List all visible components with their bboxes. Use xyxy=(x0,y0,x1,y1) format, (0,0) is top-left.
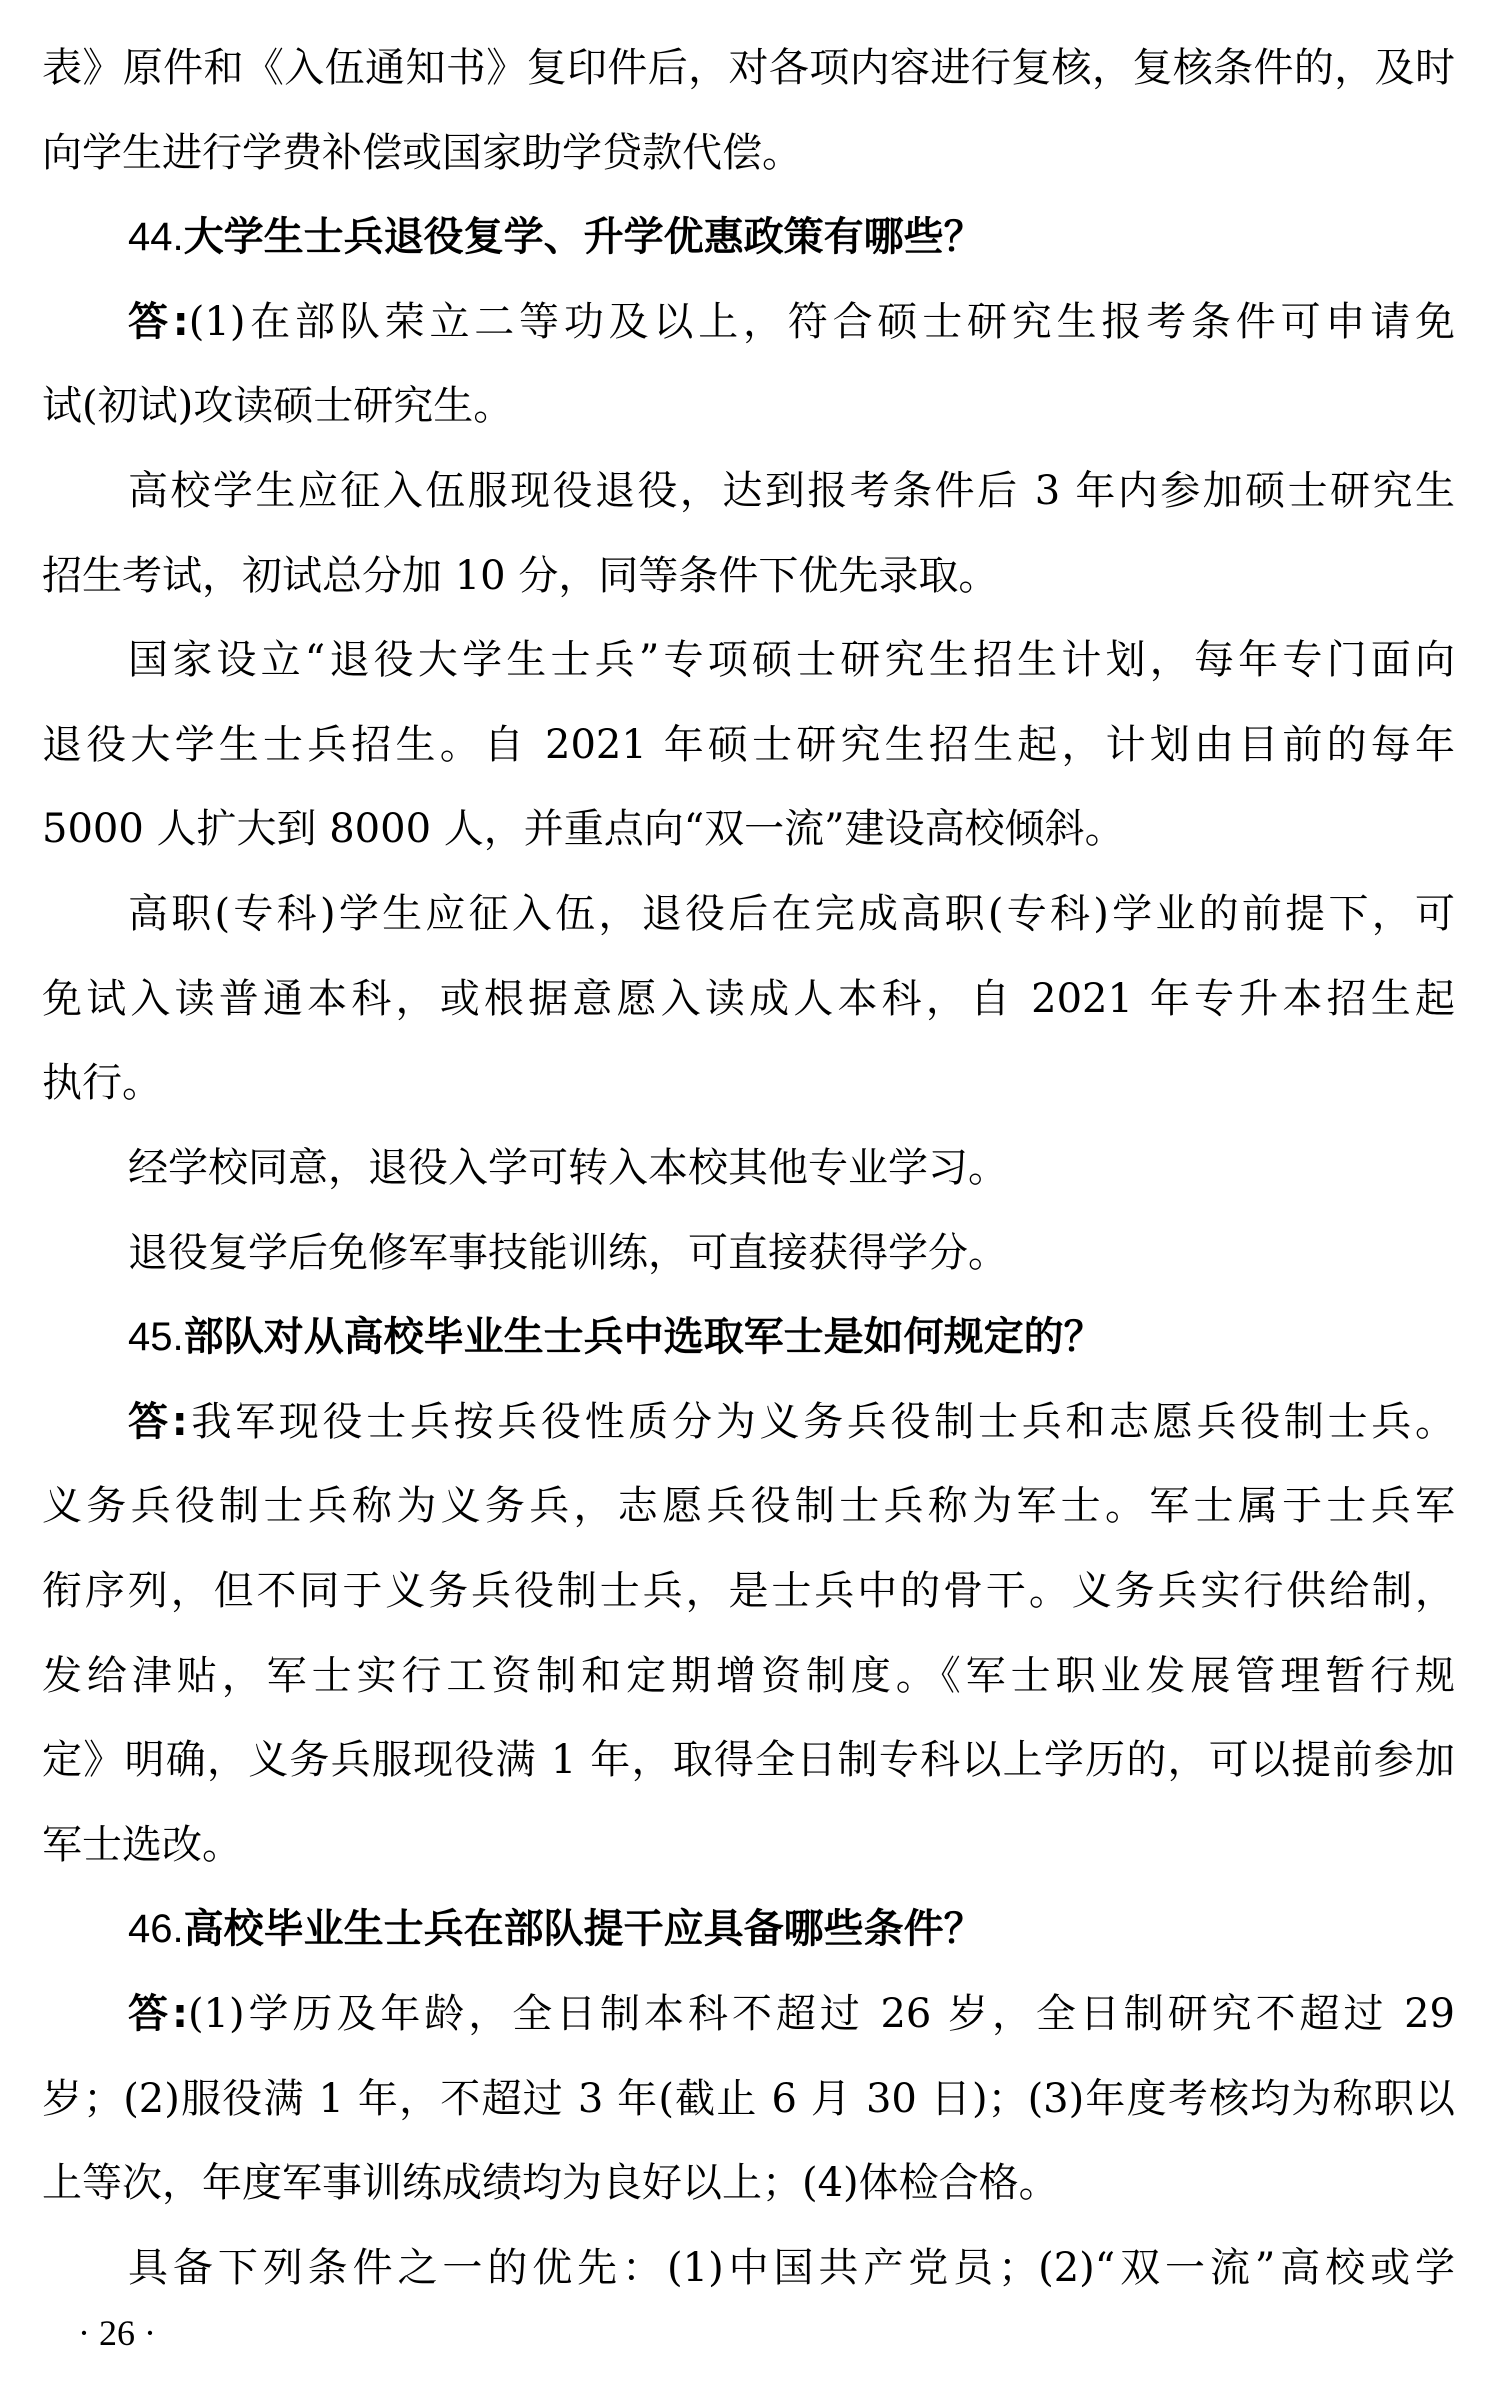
question-number: 44. xyxy=(128,215,184,259)
answer-label: 答: xyxy=(128,1991,188,2037)
paragraph-line: 退役大学生士兵招生。自 2021 年硕士研究生招生起，计划由目前的每年 xyxy=(42,720,1455,770)
answer-label: 答: xyxy=(128,299,189,345)
answer-label: 答: xyxy=(128,1399,188,1445)
paragraph-line: 退役复学后免修军事技能训练，可直接获得学分。 xyxy=(128,1228,1008,1278)
paragraph-line: 经学校同意，退役入学可转入本校其他专业学习。 xyxy=(128,1143,1008,1193)
question-title: 部队对从高校毕业生士兵中选取军士是如何规定的？ xyxy=(184,1314,1104,1360)
question-number: 45. xyxy=(128,1315,184,1359)
paragraph-line: 岁；(2)服役满 1 年，不超过 3 年(截止 6 月 30 日)；(3)年度考… xyxy=(42,2074,1455,2124)
paragraph-line: 具备下列条件之一的优先：(1)中国共产党员；(2)“双一流”高校或学 xyxy=(128,2243,1455,2293)
paragraph-line: 定》明确，义务兵服现役满 1 年，取得全日制专科以上学历的，可以提前参加 xyxy=(42,1735,1455,1785)
paragraph-line: 发给津贴，军士实行工资制和定期增资制度。《军士职业发展管理暂行规 xyxy=(42,1651,1455,1701)
answer-text: (1)在部队荣立二等功及以上，符合硕士研究生报考条件可申请免 xyxy=(189,299,1455,345)
paragraph-line: 5000 人扩大到 8000 人，并重点向“双一流”建设高校倾斜。 xyxy=(42,804,1125,854)
answer-line: 答:(1)学历及年龄，全日制本科不超过 26 岁，全日制研究不超过 29 xyxy=(128,1989,1455,2039)
question-heading-46: 46.高校毕业生士兵在部队提干应具备哪些条件？ xyxy=(128,1904,984,1954)
paragraph-line: 免试入读普通本科，或根据意愿入读成人本科，自 2021 年专升本招生起 xyxy=(42,974,1455,1024)
document-page: 表》原件和《入伍通知书》复印件后，对各项内容进行复核，复核条件的，及时 向学生进… xyxy=(0,0,1499,2395)
page-number: · 26 · xyxy=(78,2310,156,2356)
paragraph-line: 上等次，年度军事训练成绩均为良好以上；(4)体检合格。 xyxy=(42,2158,1059,2208)
paragraph-line: 衔序列，但不同于义务兵役制士兵，是士兵中的骨干。义务兵实行供给制， xyxy=(42,1566,1455,1616)
answer-line: 答:我军现役士兵按兵役性质分为义务兵役制士兵和志愿兵役制士兵。 xyxy=(128,1397,1455,1447)
question-title: 高校毕业生士兵在部队提干应具备哪些条件？ xyxy=(184,1906,984,1952)
paragraph-line: 军士选改。 xyxy=(42,1820,242,1870)
paragraph-line: 招生考试，初试总分加 10 分，同等条件下优先录取。 xyxy=(42,551,998,601)
paragraph-line: 义务兵役制士兵称为义务兵，志愿兵役制士兵称为军士。军士属于士兵军 xyxy=(42,1481,1455,1531)
paragraph-line: 执行。 xyxy=(42,1058,162,1108)
answer-text: 我军现役士兵按兵役性质分为义务兵役制士兵和志愿兵役制士兵。 xyxy=(188,1399,1455,1445)
answer-line: 答:(1)在部队荣立二等功及以上，符合硕士研究生报考条件可申请免 xyxy=(128,297,1455,347)
question-number: 46. xyxy=(128,1907,184,1951)
paragraph-line: 国家设立“退役大学生士兵”专项硕士研究生招生计划，每年专门面向 xyxy=(128,635,1455,685)
paragraph-line: 高校学生应征入伍服现役退役，达到报考条件后 3 年内参加硕士研究生 xyxy=(128,466,1455,516)
paragraph-line: 表》原件和《入伍通知书》复印件后，对各项内容进行复核，复核条件的，及时 xyxy=(42,43,1455,93)
question-heading-44: 44.大学生士兵退役复学、升学优惠政策有哪些？ xyxy=(128,212,984,262)
answer-text: (1)学历及年龄，全日制本科不超过 26 岁，全日制研究不超过 29 xyxy=(188,1991,1455,2037)
question-title: 大学生士兵退役复学、升学优惠政策有哪些？ xyxy=(184,214,984,260)
paragraph-line: 向学生进行学费补偿或国家助学贷款代偿。 xyxy=(42,128,802,178)
question-heading-45: 45.部队对从高校毕业生士兵中选取军士是如何规定的？ xyxy=(128,1312,1104,1362)
paragraph-line: 高职(专科)学生应征入伍，退役后在完成高职(专科)学业的前提下，可 xyxy=(128,889,1455,939)
paragraph-line: 试(初试)攻读硕士研究生。 xyxy=(42,381,513,431)
